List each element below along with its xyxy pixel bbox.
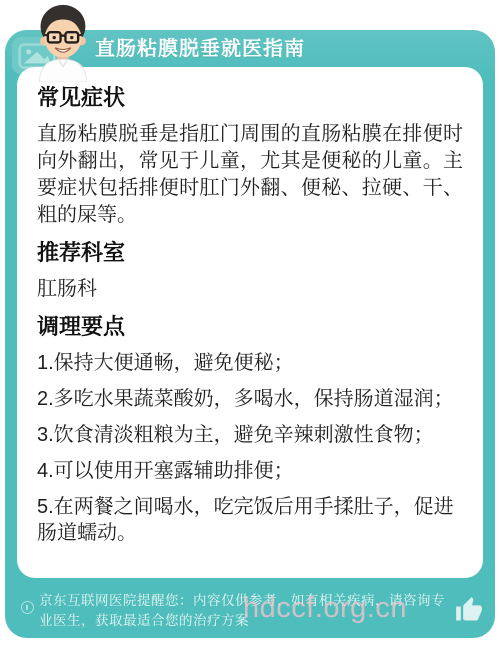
symptoms-paragraph: 直肠粘膜脱垂是指肛门周围的直肠粘膜在排便时向外翻出，常见于儿童，尤其是便秘的儿童…	[37, 121, 463, 229]
thumbs-up-icon[interactable]	[454, 595, 484, 625]
department-value: 肛肠科	[37, 276, 463, 303]
page-title: 直肠粘膜脱垂就医指南	[95, 34, 305, 64]
disclaimer-footer: 京东互联网医院提醒您：内容仅供参考，如有相关疾病，请咨询专业医生，获取最适合您的…	[5, 578, 495, 638]
care-point-item: 5.在两餐之间喝水，吃完饭后用手揉肚子，促进肠道蠕动。	[37, 494, 463, 546]
card-background: 直肠粘膜脱垂就医指南 常见症状 直肠粘膜脱垂是指肛门周围的直肠粘膜在排便时向外翻…	[5, 30, 495, 638]
doctor-avatar	[22, 0, 104, 82]
section-heading-department: 推荐科室	[37, 239, 463, 267]
medical-guide-card: 直肠粘膜脱垂就医指南 常见症状 直肠粘膜脱垂是指肛门周围的直肠粘膜在排便时向外翻…	[0, 0, 500, 646]
care-point-item: 1.保持大便通畅，避免便秘；	[37, 350, 463, 376]
care-point-item: 3.饮食清淡粗粮为主，避免辛辣刺激性食物；	[37, 422, 463, 448]
disclaimer-text: 京东互联网医院提醒您：内容仅供参考，如有相关疾病，请咨询专业医生，获取最适合您的…	[39, 591, 454, 630]
section-heading-care-points: 调理要点	[37, 313, 463, 341]
content-card: 常见症状 直肠粘膜脱垂是指肛门周围的直肠粘膜在排便时向外翻出，常见于儿童，尤其是…	[17, 67, 483, 578]
care-point-item: 4.可以使用开塞露辅助排便；	[37, 458, 463, 484]
care-point-item: 2.多吃水果蔬菜酸奶，多喝水，保持肠道湿润；	[37, 386, 463, 412]
info-circle-icon	[21, 601, 34, 614]
section-heading-symptoms: 常见症状	[37, 84, 463, 112]
